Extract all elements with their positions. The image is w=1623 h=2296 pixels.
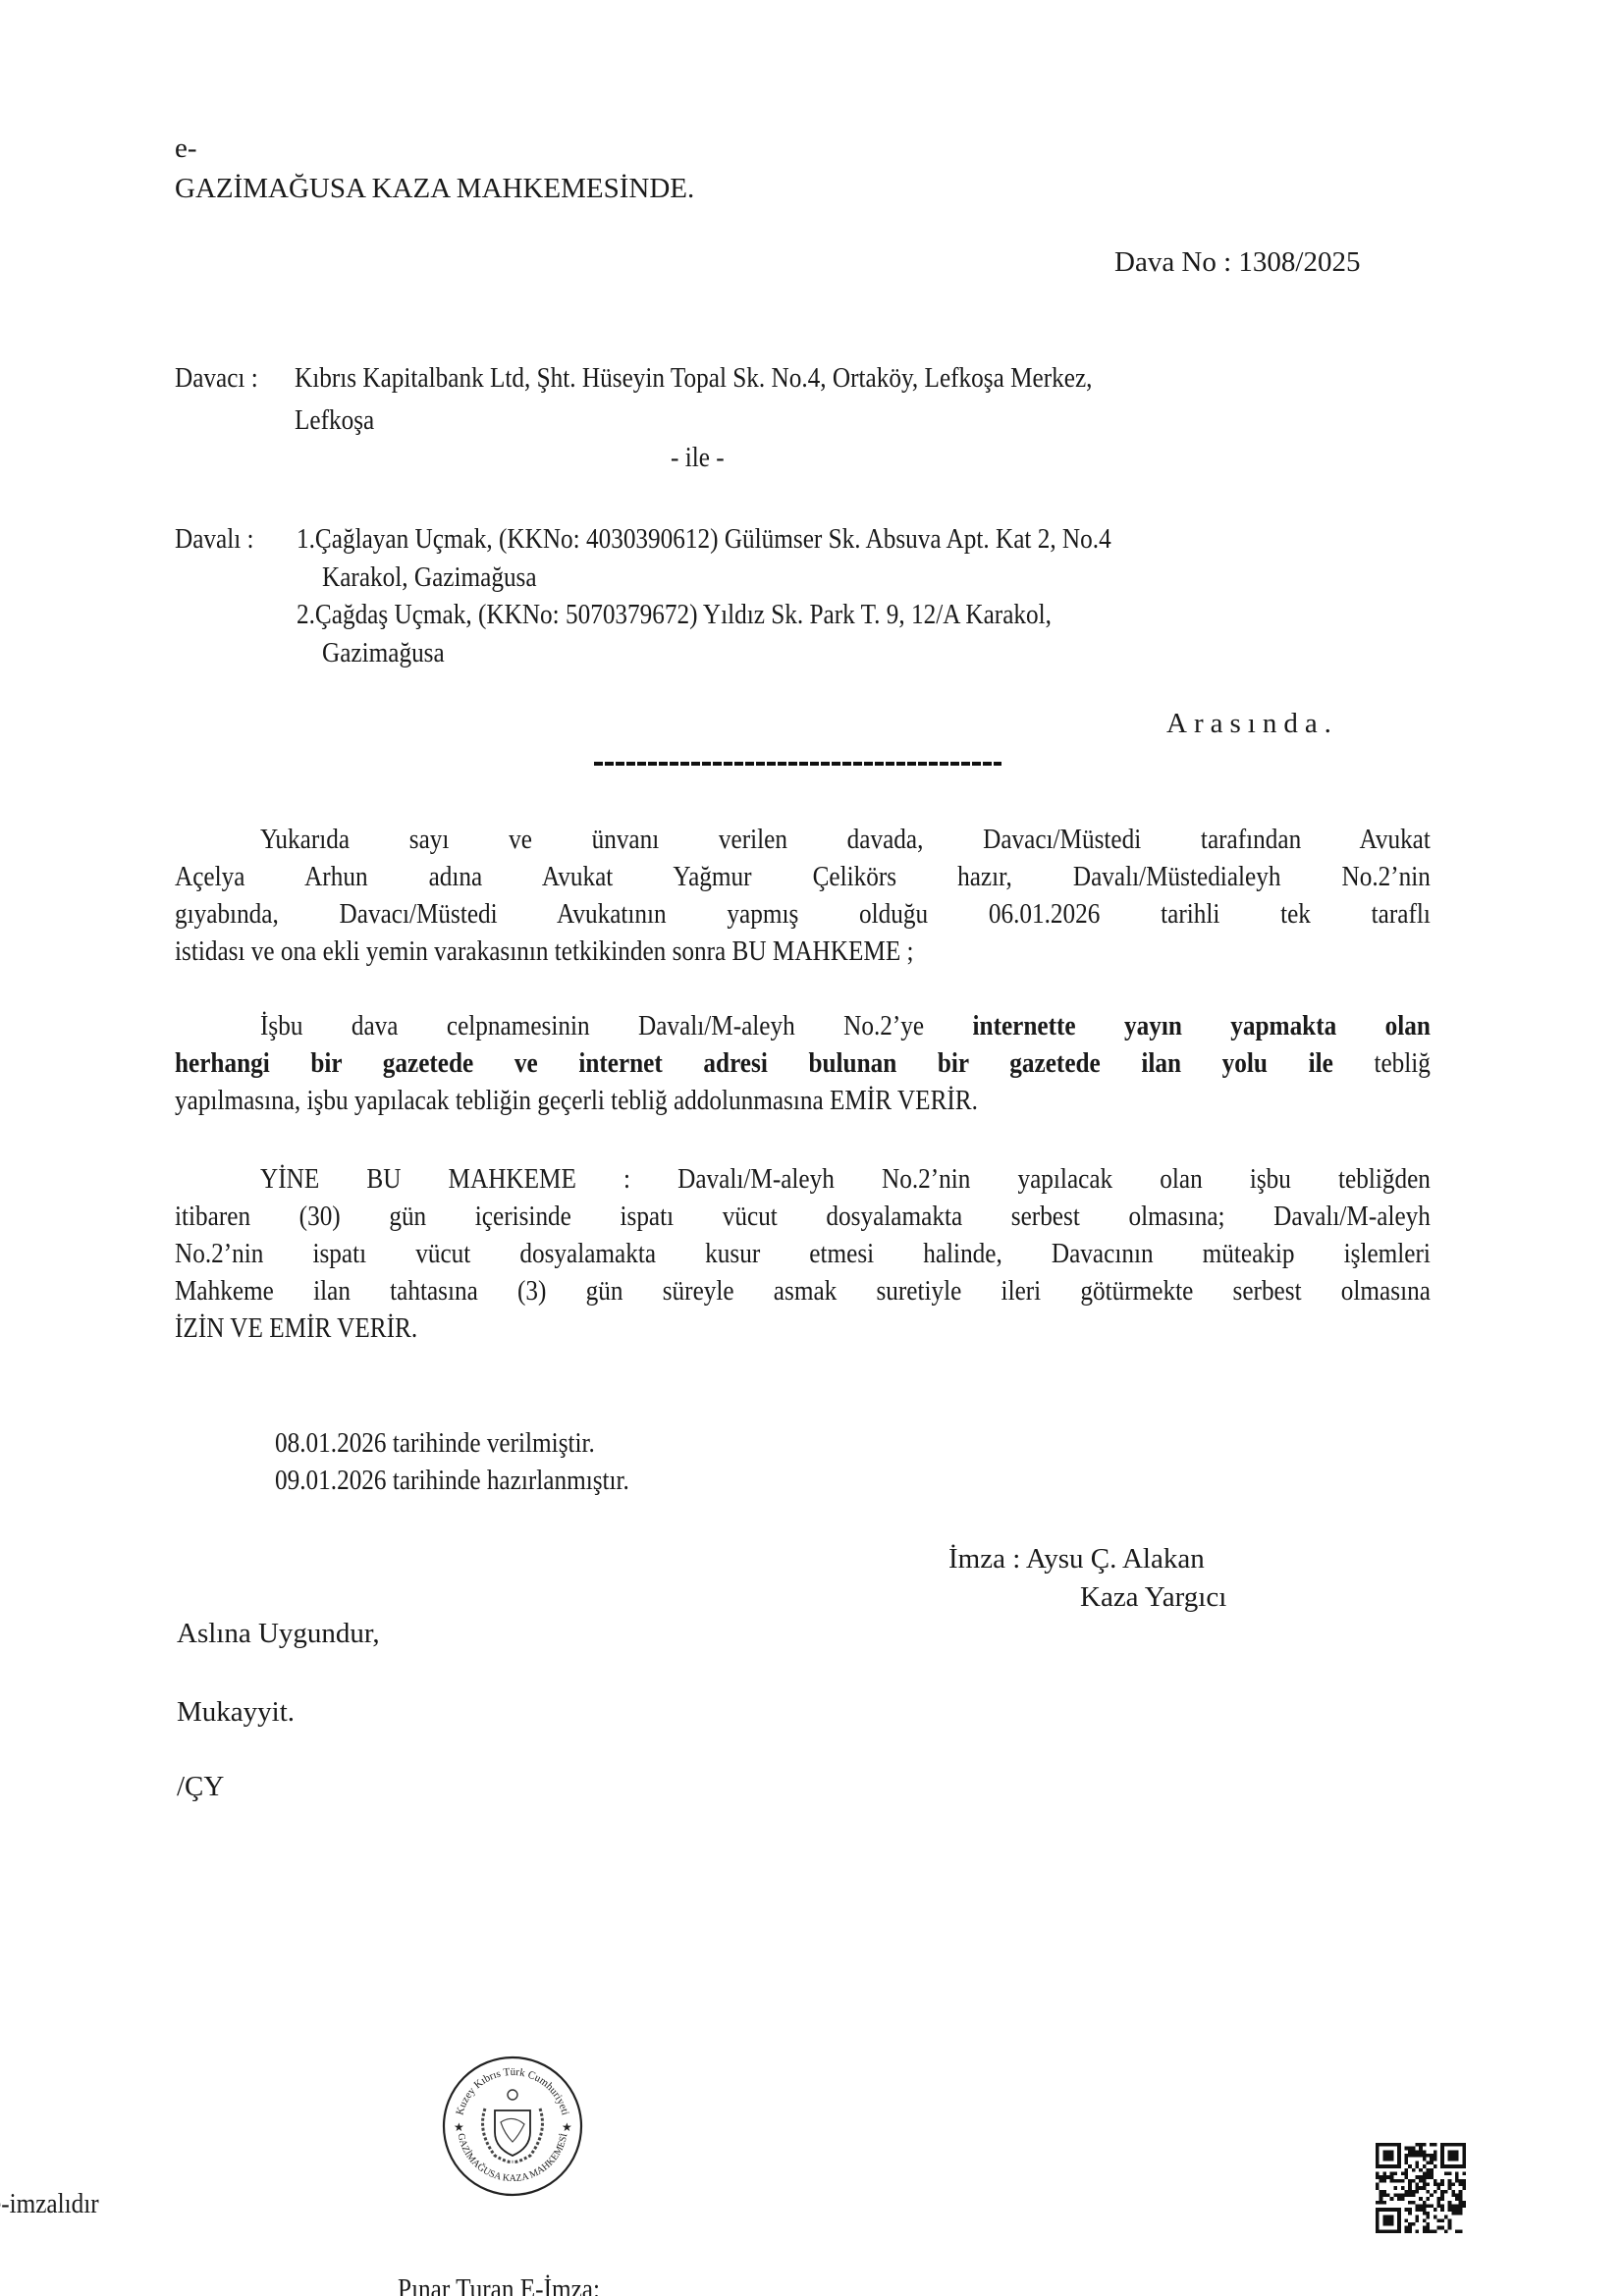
initials-text: /ÇY — [177, 1773, 224, 1801]
paragraph-3-line: No.2’nin ispatı vücut dosyalamakta kusur… — [175, 1235, 1431, 1272]
court-title: GAZİMAĞUSA KAZA MAHKEMESİNDE. — [175, 175, 694, 203]
plaintiff-line2: Lefkoşa — [295, 406, 374, 435]
e-signature-name: Pınar Turan E-İmza: — [398, 2275, 600, 2296]
court-seal-icon: Kuzey Kıbrıs Türk Cumhuriyeti GAZİMAĞUSA… — [440, 2054, 585, 2199]
paragraph-1-line: gıyabında, Davacı/Müstedi Avukatının yap… — [175, 895, 1431, 933]
paragraph-3-line: Mahkeme ilan tahtasına (3) gün süreyle a… — [175, 1272, 1431, 1309]
case-number: Dava No : 1308/2025 — [1114, 248, 1361, 277]
judge-title: Kaza Yargıcı — [1080, 1583, 1226, 1612]
paragraph-3-line: YİNE BU MAHKEME : Davalı/M-aleyh No.2’ni… — [175, 1160, 1431, 1198]
seal-top-text: Kuzey Kıbrıs Türk Cumhuriyeti — [454, 2066, 570, 2116]
paragraph-2-bold-text: internette yayın yapmakta olan — [973, 1010, 1431, 1041]
plaintiff-line1: Kıbrıs Kapitalbank Ltd, Şht. Hüseyin Top… — [295, 364, 1092, 393]
svg-text:★: ★ — [562, 2120, 572, 2134]
paragraph-2-line: herhangi bir gazetede ve internet adresi… — [175, 1044, 1431, 1082]
date-prepared: 09.01.2026 tarihinde hazırlanmıştır. — [275, 1467, 629, 1495]
paragraph-1: Yukarıda sayı ve ünvanı verilen davada, … — [175, 821, 1431, 970]
date-given: 08.01.2026 tarihinde verilmiştir. — [275, 1429, 595, 1458]
seal-bottom-text: GAZİMAĞUSA KAZA MAHKEMESİ — [456, 2132, 570, 2184]
paragraph-3: YİNE BU MAHKEME : Davalı/M-aleyh No.2’ni… — [175, 1160, 1431, 1347]
svg-text:Kuzey Kıbrıs Türk Cumhuriyeti: Kuzey Kıbrıs Türk Cumhuriyeti — [454, 2066, 570, 2116]
e-prefix: e- — [175, 134, 197, 163]
paragraph-1-line: istidası ve ona ekli yemin varakasının t… — [175, 933, 1431, 970]
plaintiff-label: Davacı : — [175, 364, 258, 393]
paragraph-1-line: Yukarıda sayı ve ünvanı verilen davada, … — [175, 821, 1431, 858]
svg-text:★: ★ — [454, 2120, 464, 2134]
paragraph-2-text: tebliğ — [1333, 1047, 1431, 1079]
between-ile: - ile - — [671, 444, 725, 472]
paragraph-2-bold-text: herhangi bir gazetede ve internet adresi… — [175, 1047, 1333, 1079]
separator-dashed-line — [594, 762, 1001, 766]
paragraph-3-line: itibaren (30) gün içerisinde ispatı vücu… — [175, 1198, 1431, 1235]
defendant-label: Davalı : — [175, 525, 254, 554]
defendant-1-line2: Karakol, Gazimağusa — [322, 563, 537, 592]
paragraph-3-line: İZİN VE EMİR VERİR. — [175, 1309, 1431, 1347]
judge-signature: İmza : Aysu Ç. Alakan — [948, 1545, 1205, 1574]
defendant-2-line2: Gazimağusa — [322, 639, 445, 667]
qr-code-icon[interactable] — [1376, 2142, 1466, 2234]
svg-text:GAZİMAĞUSA KAZA MAHKEMESİ: GAZİMAĞUSA KAZA MAHKEMESİ — [456, 2132, 570, 2184]
true-copy-text: Aslına Uygundur, — [177, 1620, 380, 1648]
paragraph-2-line: İşbu dava celpnamesinin Davalı/M-aleyh N… — [175, 1007, 1431, 1044]
arasinda-text: Arasında. — [1166, 710, 1338, 738]
e-signed-text: e-imzalıdır — [0, 2190, 99, 2218]
paragraph-1-line: Açelya Arhun adına Avukat Yağmur Çelikör… — [175, 858, 1431, 895]
defendant-1-line1: 1.Çağlayan Uçmak, (KKNo: 4030390612) Gül… — [297, 525, 1111, 554]
paragraph-2: İşbu dava celpnamesinin Davalı/M-aleyh N… — [175, 1007, 1431, 1119]
defendant-2-line1: 2.Çağdaş Uçmak, (KKNo: 5070379672) Yıldı… — [297, 601, 1052, 629]
paragraph-2-text: İşbu dava celpnamesinin Davalı/M-aleyh N… — [260, 1010, 973, 1041]
paragraph-2-line: yapılmasına, işbu yapılacak tebliğin geç… — [175, 1082, 1431, 1119]
registrar-text: Mukayyit. — [177, 1698, 295, 1727]
